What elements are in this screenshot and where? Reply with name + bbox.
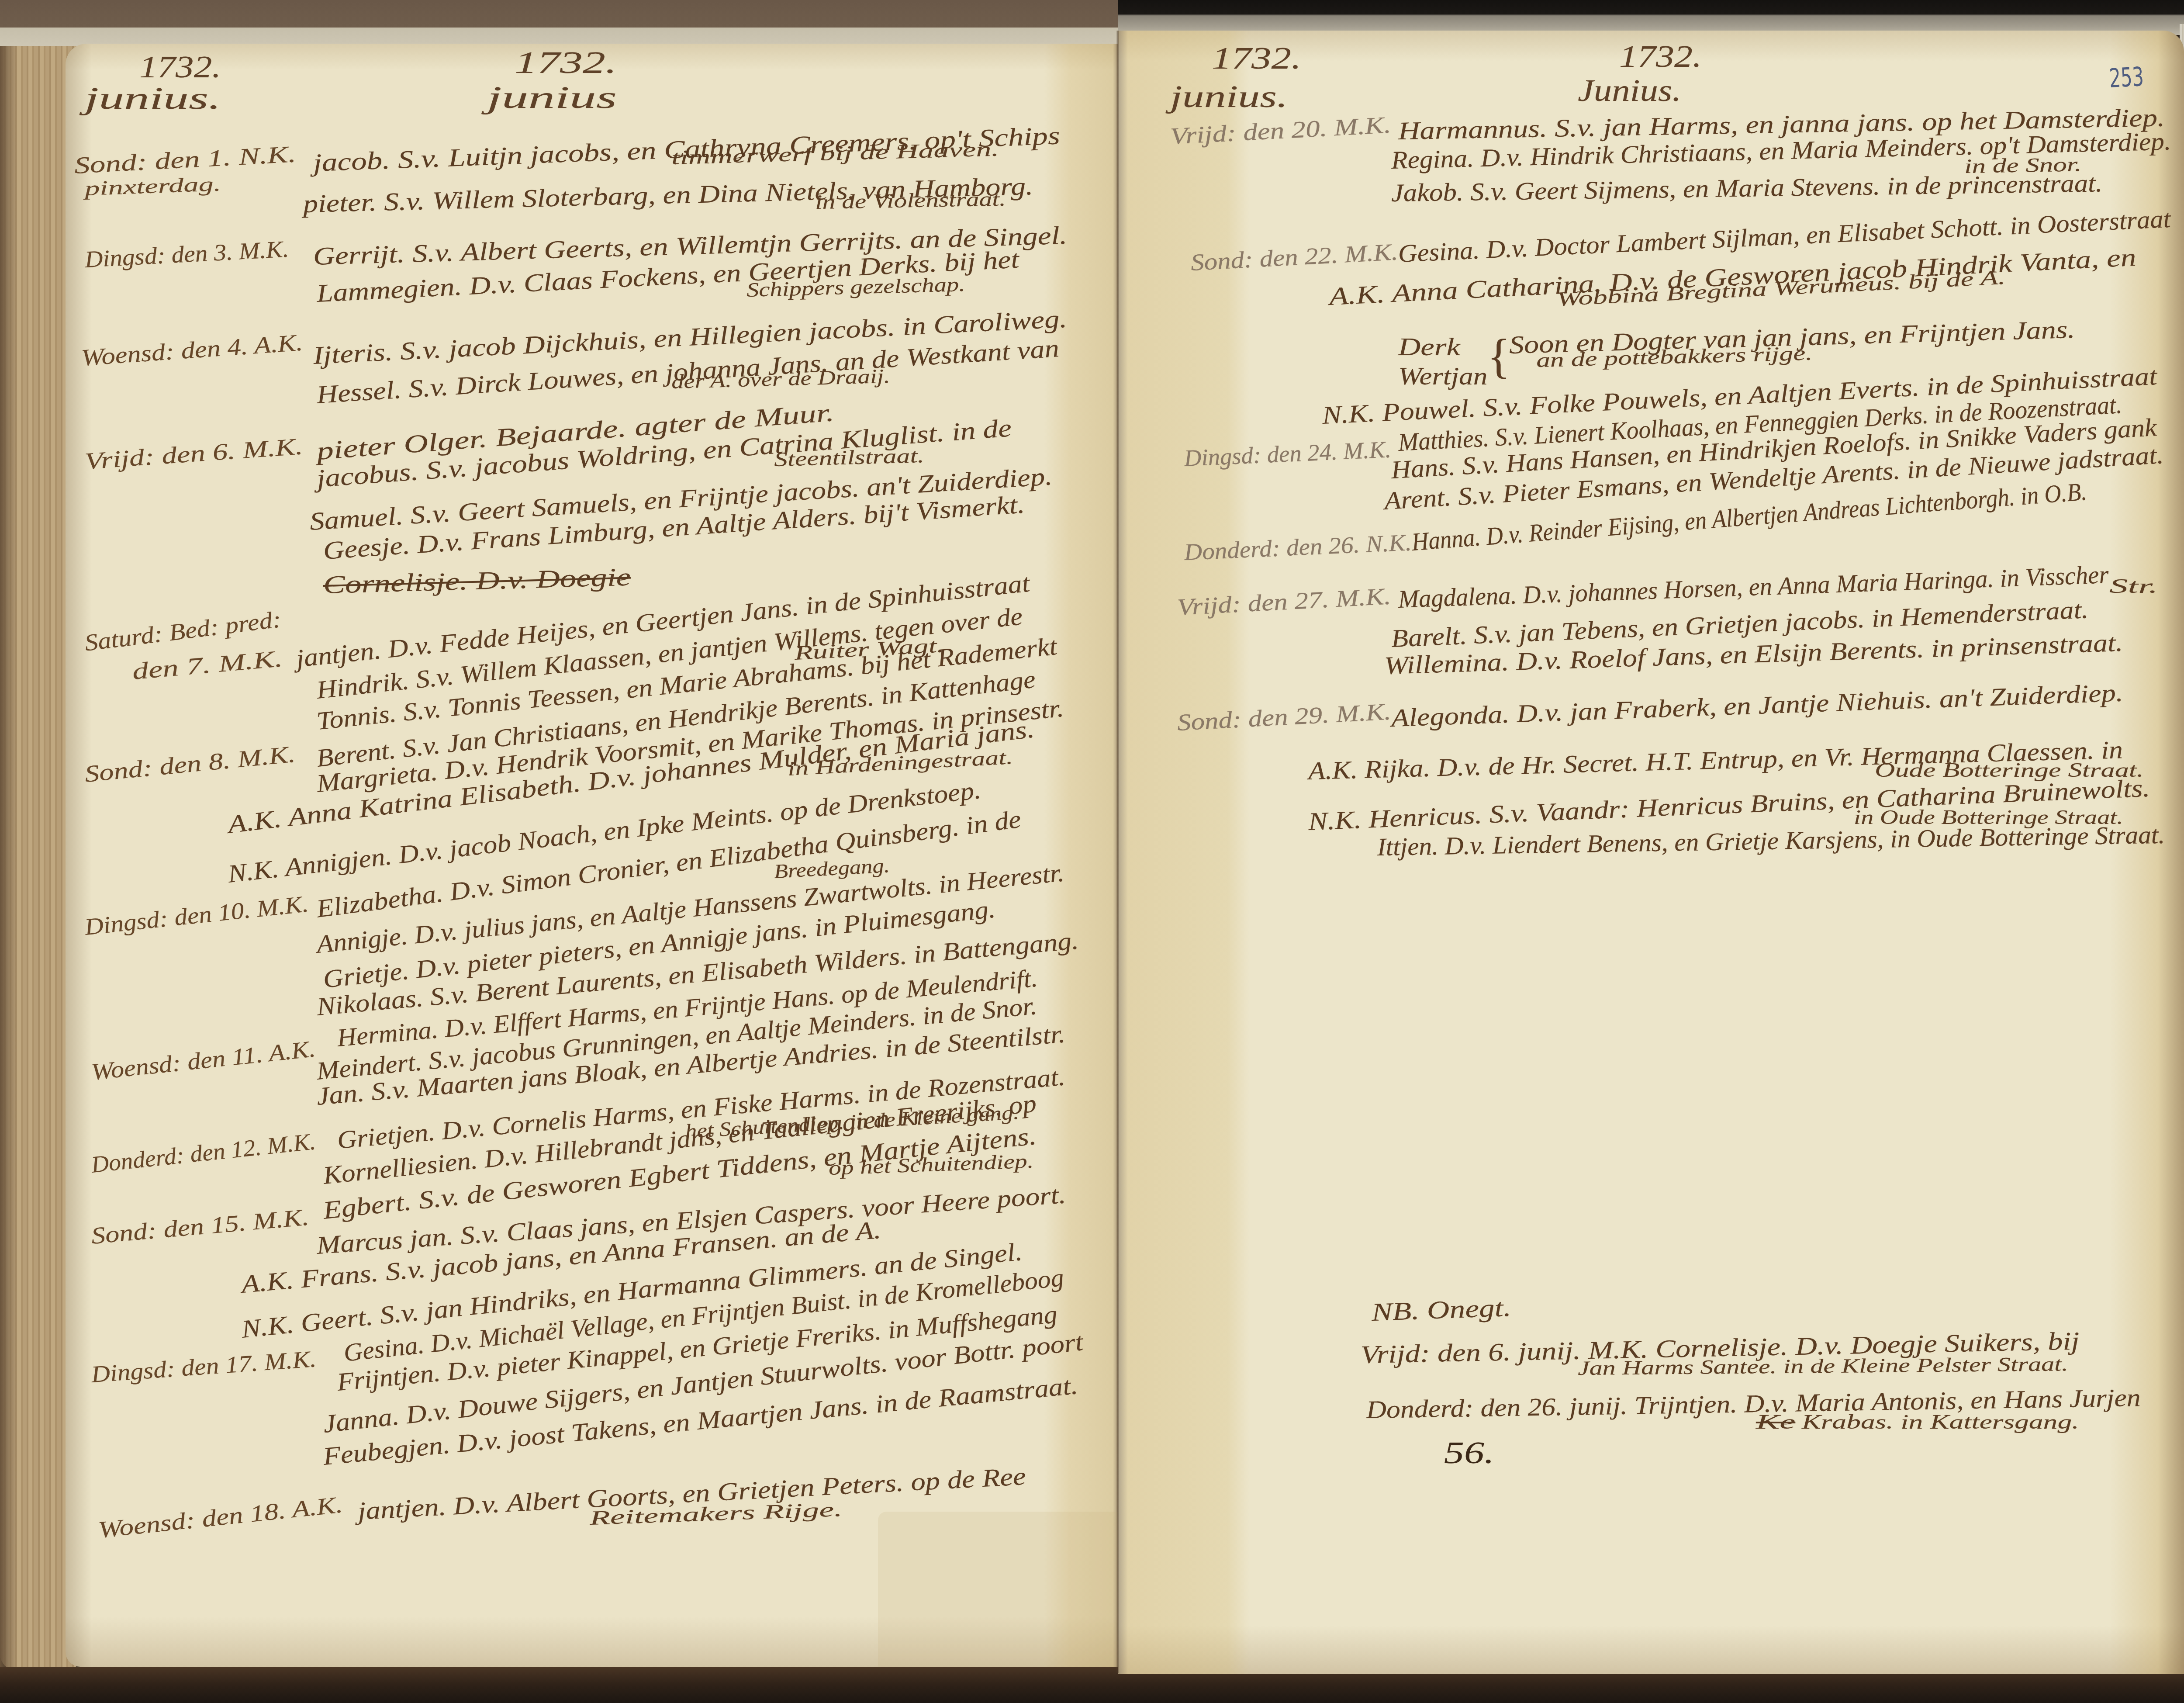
addendum-heading: NB. Onegt. — [1371, 1295, 1511, 1325]
entry-address-line: in de Violenstraat. — [815, 189, 1006, 212]
brace-mark: { — [1487, 332, 1510, 380]
margin-year-heading: 1732. — [1212, 42, 1301, 74]
book-top-edge-right — [1118, 0, 2184, 35]
struck-word: Ke — [1756, 1412, 1795, 1432]
folio-number: 253 — [2108, 64, 2144, 92]
binding-shadow — [0, 46, 17, 1671]
year-heading: 1732. — [515, 47, 617, 78]
month-heading: Junius. — [1578, 75, 1681, 106]
book-top-edge — [0, 0, 1120, 49]
book-gutter — [1116, 31, 1119, 1673]
margin-month-heading: junius. — [1170, 81, 1288, 112]
entry-address-line: Steentilstraat. — [774, 446, 924, 470]
addendum-address-line: Jan Harms Santee. in de Kleine Pelster S… — [1578, 1354, 2068, 1378]
addendum-address-line: Krabas. in Kattersgang. — [1802, 1412, 2079, 1432]
paper-stain — [878, 1512, 1118, 1667]
entry-address-line: Str. — [2109, 576, 2158, 596]
margin-month-heading: junius. — [85, 83, 221, 114]
entry-date-note: pinxterdag. — [84, 174, 221, 199]
entry-twin-name: Derk — [1398, 334, 1460, 360]
year-heading: 1732. — [1619, 41, 1702, 72]
month-heading: junius — [487, 82, 617, 113]
entry-count: 56. — [1444, 1437, 1494, 1468]
margin-year-heading: 1732. — [139, 51, 221, 83]
entry-twin-name: Wertjan — [1398, 363, 1487, 389]
